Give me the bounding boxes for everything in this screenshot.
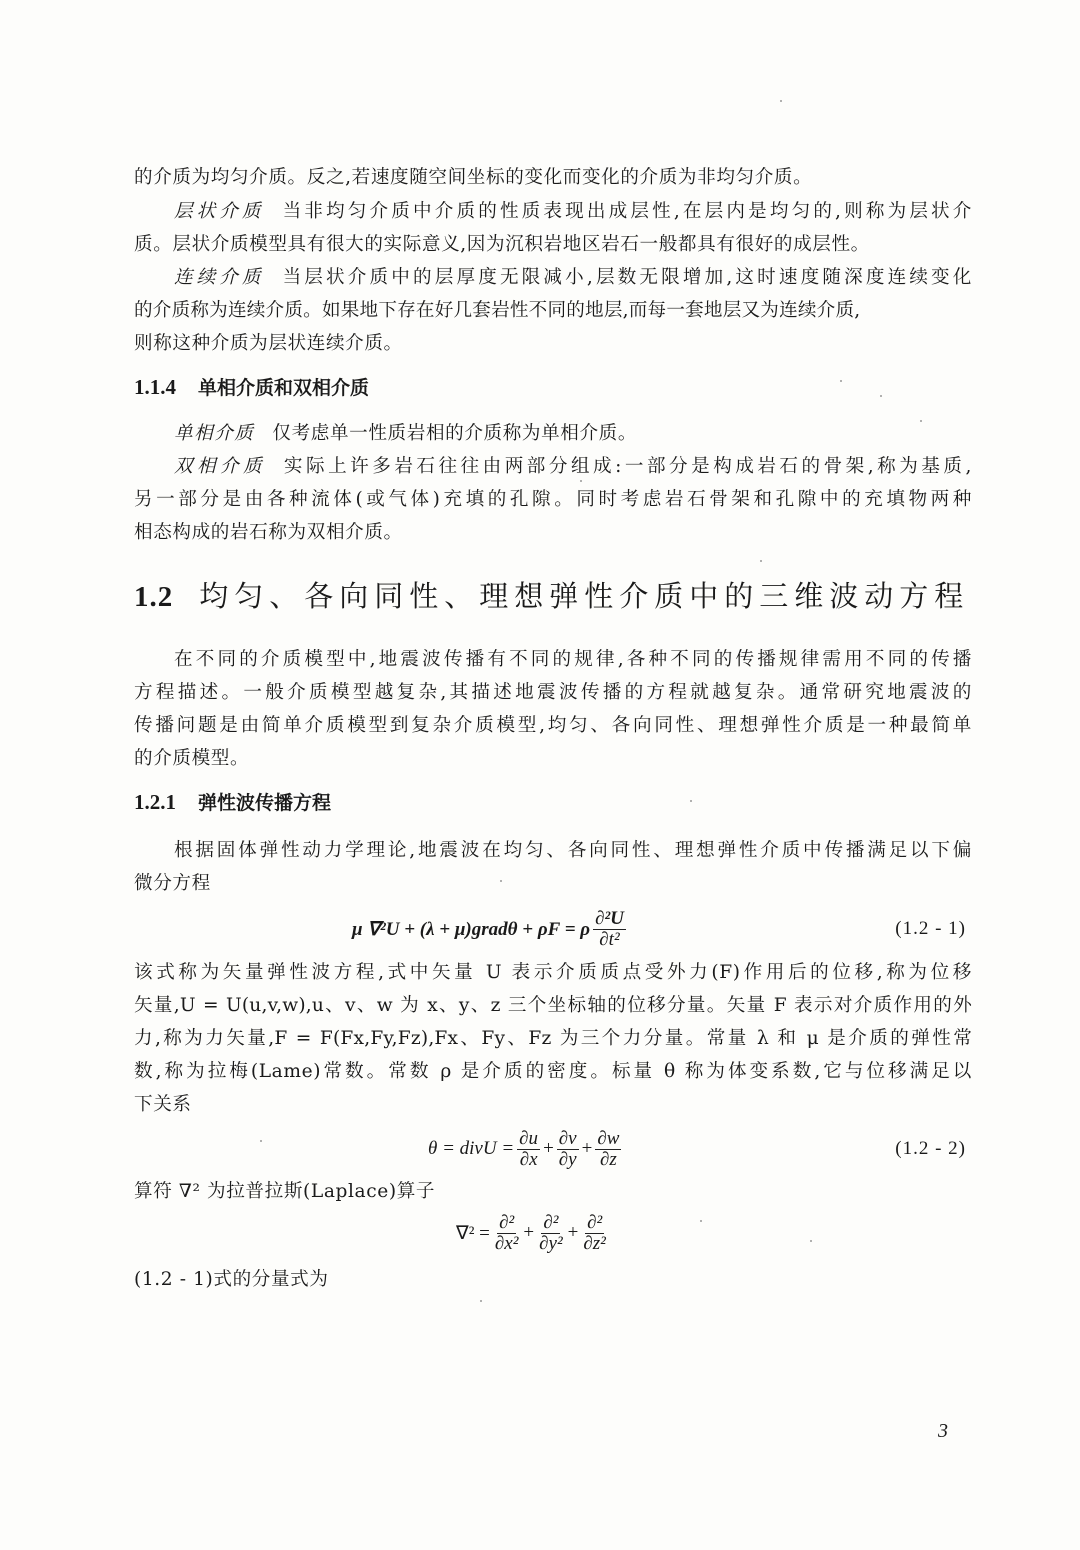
fraction: ∂u∂x: [517, 1129, 540, 1170]
scan-speck: [260, 1140, 262, 1142]
paragraph-line: 矢量,U = U(u,v,w),u、v、w 为 x、y、z 三个坐标轴的位移分量…: [134, 994, 972, 1018]
section-title: 单相介质和双相介质: [198, 377, 369, 399]
paragraph-line: 的介质为均匀介质。反之,若速度随空间坐标的变化而变化的介质为非均匀介质。: [134, 166, 972, 190]
scan-speck: [580, 480, 582, 482]
equation-lhs: θ = divU =: [428, 1138, 514, 1160]
term-label: 层状介质: [174, 201, 265, 222]
paragraph-line: 根据固体弹性动力学理论,地震波在均匀、各向同性、理想弹性介质中传播满足以下偏: [134, 839, 972, 863]
fraction: ∂w∂z: [595, 1129, 621, 1170]
equation-laplacian: ∇² = ∂²∂x² + ∂²∂y² + ∂²∂z²: [456, 1208, 611, 1258]
fraction: ∂²U ∂t²: [593, 909, 626, 950]
equation-lhs: μ ∇²U + (λ + μ)gradθ + ρF = ρ: [352, 918, 590, 941]
scan-speck: [480, 1300, 482, 1302]
paragraph-line: 在不同的介质模型中,地震波传播有不同的规律,各种不同的传播规律需用不同的传播: [134, 648, 972, 672]
paragraph-line: 的介质模型。: [134, 747, 972, 771]
paragraph-line: 下关系: [134, 1093, 972, 1117]
fraction: ∂²∂x²: [493, 1213, 521, 1254]
section-heading-1-1-4: 1.1.4单相介质和双相介质: [134, 374, 369, 401]
scan-speck: [700, 1220, 702, 1222]
section-number: 1.1.4: [134, 375, 176, 399]
definition-text: 当层状介质中的层厚度无限减小,层数无限增加,这时速度随深度连续变化: [283, 267, 972, 288]
equation-1-2-2: θ = divU = ∂u∂x + ∂v∂y + ∂w∂z: [428, 1125, 624, 1173]
term-label: 连续介质: [174, 267, 265, 288]
definition-continuous: 连续介质当层状介质中的层厚度无限减小,层数无限增加,这时速度随深度连续变化: [134, 266, 972, 290]
term-label: 双相介质: [174, 456, 266, 477]
paragraph-line: 方程描述。一般介质模型越复杂,其描述地震波传播的方程就越复杂。通常研究地震波的: [134, 681, 972, 705]
scan-speck: [840, 380, 842, 382]
section-heading-1-2: 1.2均匀、各向同性、理想弹性介质中的三维波动方程: [134, 578, 969, 615]
paragraph-line: 相态构成的岩石称为双相介质。: [134, 521, 972, 545]
term-label: 单相介质: [174, 423, 254, 444]
definition-text: 当非均匀介质中介质的性质表现出成层性,在层内是均匀的,则称为层状介: [283, 201, 972, 222]
definition-single-phase: 单相介质仅考虑单一性质岩相的介质称为单相介质。: [134, 422, 972, 446]
paragraph-line: (1.2 - 1)式的分量式为: [134, 1268, 972, 1292]
paragraph-line: 质。层状介质模型具有很大的实际意义,因为沉积岩地区岩石一般都具有很好的成层性。: [134, 233, 972, 257]
section-title: 弹性波传播方程: [198, 792, 331, 814]
scan-speck: [690, 800, 692, 802]
scan-speck: [810, 1240, 812, 1242]
section-number: 1.2.1: [134, 790, 176, 814]
scan-speck: [760, 560, 762, 562]
paragraph-line: 力,称为力矢量,F = F(Fx,Fy,Fz),Fx、Fy、Fz 为三个力分量。…: [134, 1027, 972, 1051]
equation-number: (1.2 - 1): [895, 918, 966, 940]
paragraph-line: 则称这种介质为层状连续介质。: [134, 332, 972, 356]
paragraph-line: 的介质称为连续介质。如果地下存在好几套岩性不同的地层,而每一套地层又为连续介质,: [134, 299, 972, 323]
definition-layered: 层状介质当非均匀介质中介质的性质表现出成层性,在层内是均匀的,则称为层状介: [134, 200, 972, 224]
fraction: ∂²∂y²: [537, 1213, 565, 1254]
paragraph-line: 另一部分是由各种流体(或气体)充填的孔隙。同时考虑岩石骨架和孔隙中的充填物两种: [134, 488, 972, 512]
scan-speck: [920, 420, 922, 422]
paragraph-line: 该式称为矢量弹性波方程,式中矢量 U 表示介质质点受外力(F)作用后的位移,称为…: [134, 961, 972, 985]
equation-number: (1.2 - 2): [895, 1138, 966, 1160]
page-number: 3: [938, 1420, 948, 1443]
fraction: ∂²∂z²: [581, 1213, 607, 1254]
scan-speck: [880, 395, 882, 397]
definition-text: 仅考虑单一性质岩相的介质称为单相介质。: [272, 423, 637, 444]
section-heading-1-2-1: 1.2.1弹性波传播方程: [134, 789, 331, 816]
fraction: ∂v∂y: [557, 1129, 579, 1170]
paragraph-line: 数,称为拉梅(Lame)常数。常数 ρ 是介质的密度。标量 θ 称为体变系数,它…: [134, 1060, 972, 1084]
paragraph-line: 传播问题是由简单介质模型到复杂介质模型,均匀、各向同性、理想弹性介质是一种最简单: [134, 714, 972, 738]
equation-1-2-1: μ ∇²U + (λ + μ)gradθ + ρF = ρ ∂²U ∂t²: [352, 904, 629, 954]
scan-speck: [780, 100, 782, 102]
section-number: 1.2: [134, 581, 173, 613]
definition-text: 实际上许多岩石往往由两部分组成:一部分是构成岩石的骨架,称为基质,: [284, 456, 972, 477]
equation-lhs: ∇² =: [456, 1222, 490, 1245]
definition-dual-phase: 双相介质实际上许多岩石往往由两部分组成:一部分是构成岩石的骨架,称为基质,: [134, 455, 972, 479]
paragraph-line: 算符 ∇² 为拉普拉斯(Laplace)算子: [134, 1180, 972, 1204]
section-title: 均匀、各向同性、理想弹性介质中的三维波动方程: [199, 579, 969, 613]
paragraph-line: 微分方程: [134, 872, 972, 896]
scan-speck: [500, 880, 502, 882]
